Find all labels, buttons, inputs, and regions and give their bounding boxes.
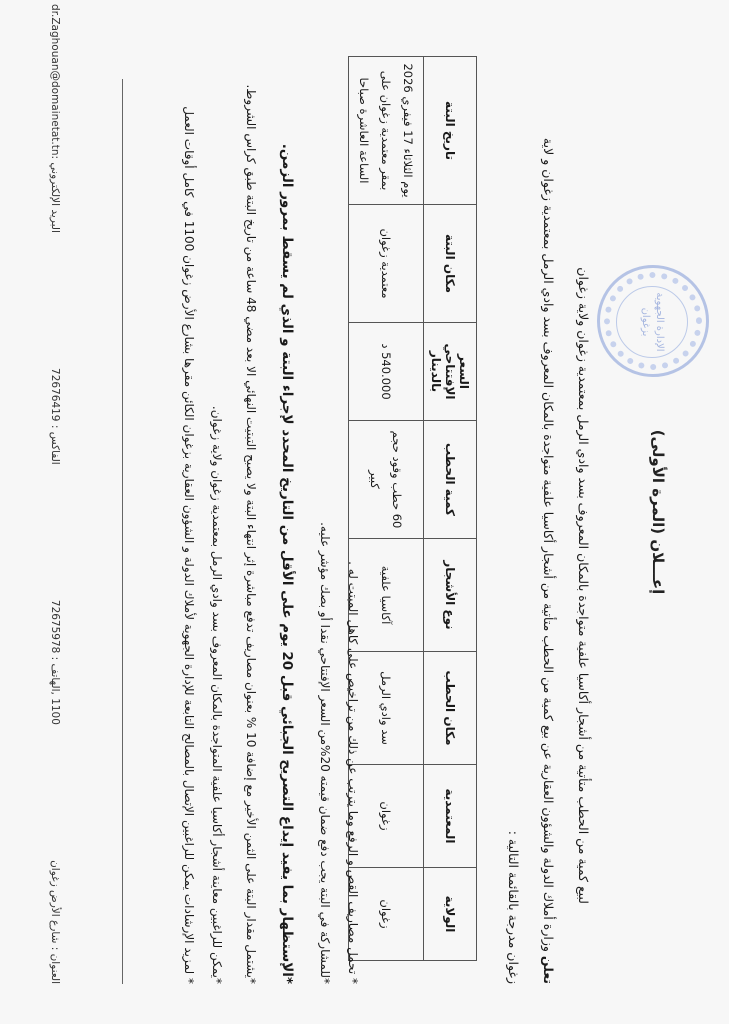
header-line-2-rest: وزارة أملاك الدولة والشؤون العقارية عن ب… <box>541 138 556 956</box>
header-line-2: تعلن وزارة أملاك الدولة والشؤون العقارية… <box>541 138 556 984</box>
col-header-state: الولاية <box>424 868 477 961</box>
col-header-opening-price: السعر الإفتتاحي بالدينار <box>424 323 477 421</box>
document-page: الإدارة الجهوية بزغوان إعـــلان (المرة ا… <box>0 0 729 1024</box>
col-header-auction-place: مكان البتة <box>424 205 477 323</box>
footer-email[interactable]: البريد الإلكتروني :dr.Zaghouan@domaineta… <box>49 4 61 233</box>
notes-section: * تحمل مصاريف القص و الرفع وما يترتب عن … <box>175 44 367 984</box>
auction-table: الولاية المعتمدية مكان الحطب نوع الأشجار… <box>348 56 477 961</box>
note-guarantee: *للمشاركة في البتة يجب دفع ضمان قيمته 20… <box>311 44 339 984</box>
col-header-wood-quantity: كمية الحطب <box>424 421 477 539</box>
note-inspection: *يمكن للراغبين معاينة أشجار أكاسيا علفية… <box>203 44 231 984</box>
document-title: إعـــلان (المرة الأولى) <box>649 0 667 1024</box>
footer-fax: الفاكس : 72676419 <box>49 368 61 465</box>
footer-phone: 1100 ,الهاتف : 72675978 <box>49 600 61 725</box>
note-tax-declaration: *الإستظهار بما يفيد إيداع التصريح الجبائ… <box>273 44 301 984</box>
footer: العنوان : شارع الأرض زغوان 1100 ,الهاتف … <box>49 4 61 984</box>
col-header-tree-type: نوع الأشجار <box>424 539 477 652</box>
col-header-wood-location: مكان الحطب <box>424 652 477 765</box>
header-line-3: زغوان مدرجة بالقائمة التالية : <box>496 44 531 984</box>
header-line-1: لبيع كمية من الحطب متأتية من أشجار أكاسي… <box>566 44 601 984</box>
footer-divider <box>122 79 123 984</box>
note-costs: * تحمل مصاريف القص و الرفع وما يترتب عن … <box>339 44 367 984</box>
col-header-auction-date: تاريخ البتة <box>424 57 477 205</box>
announcement-header: لبيع كمية من الحطب متأتية من أشجار أكاسي… <box>496 44 601 984</box>
header-line-2-prefix: تعلن <box>541 956 556 984</box>
col-header-delegation: المعتمدية <box>424 765 477 868</box>
note-contact: * لمزيد الإرشادات يمكن للراغبين الإتصال … <box>175 44 203 984</box>
note-auction-amount: *يشتمل مقدار البتة على الثمن الأخير مع إ… <box>237 44 265 984</box>
footer-address: العنوان : شارع الأرض زغوان <box>49 860 61 984</box>
table-header-row: الولاية المعتمدية مكان الحطب نوع الأشجار… <box>424 57 477 961</box>
